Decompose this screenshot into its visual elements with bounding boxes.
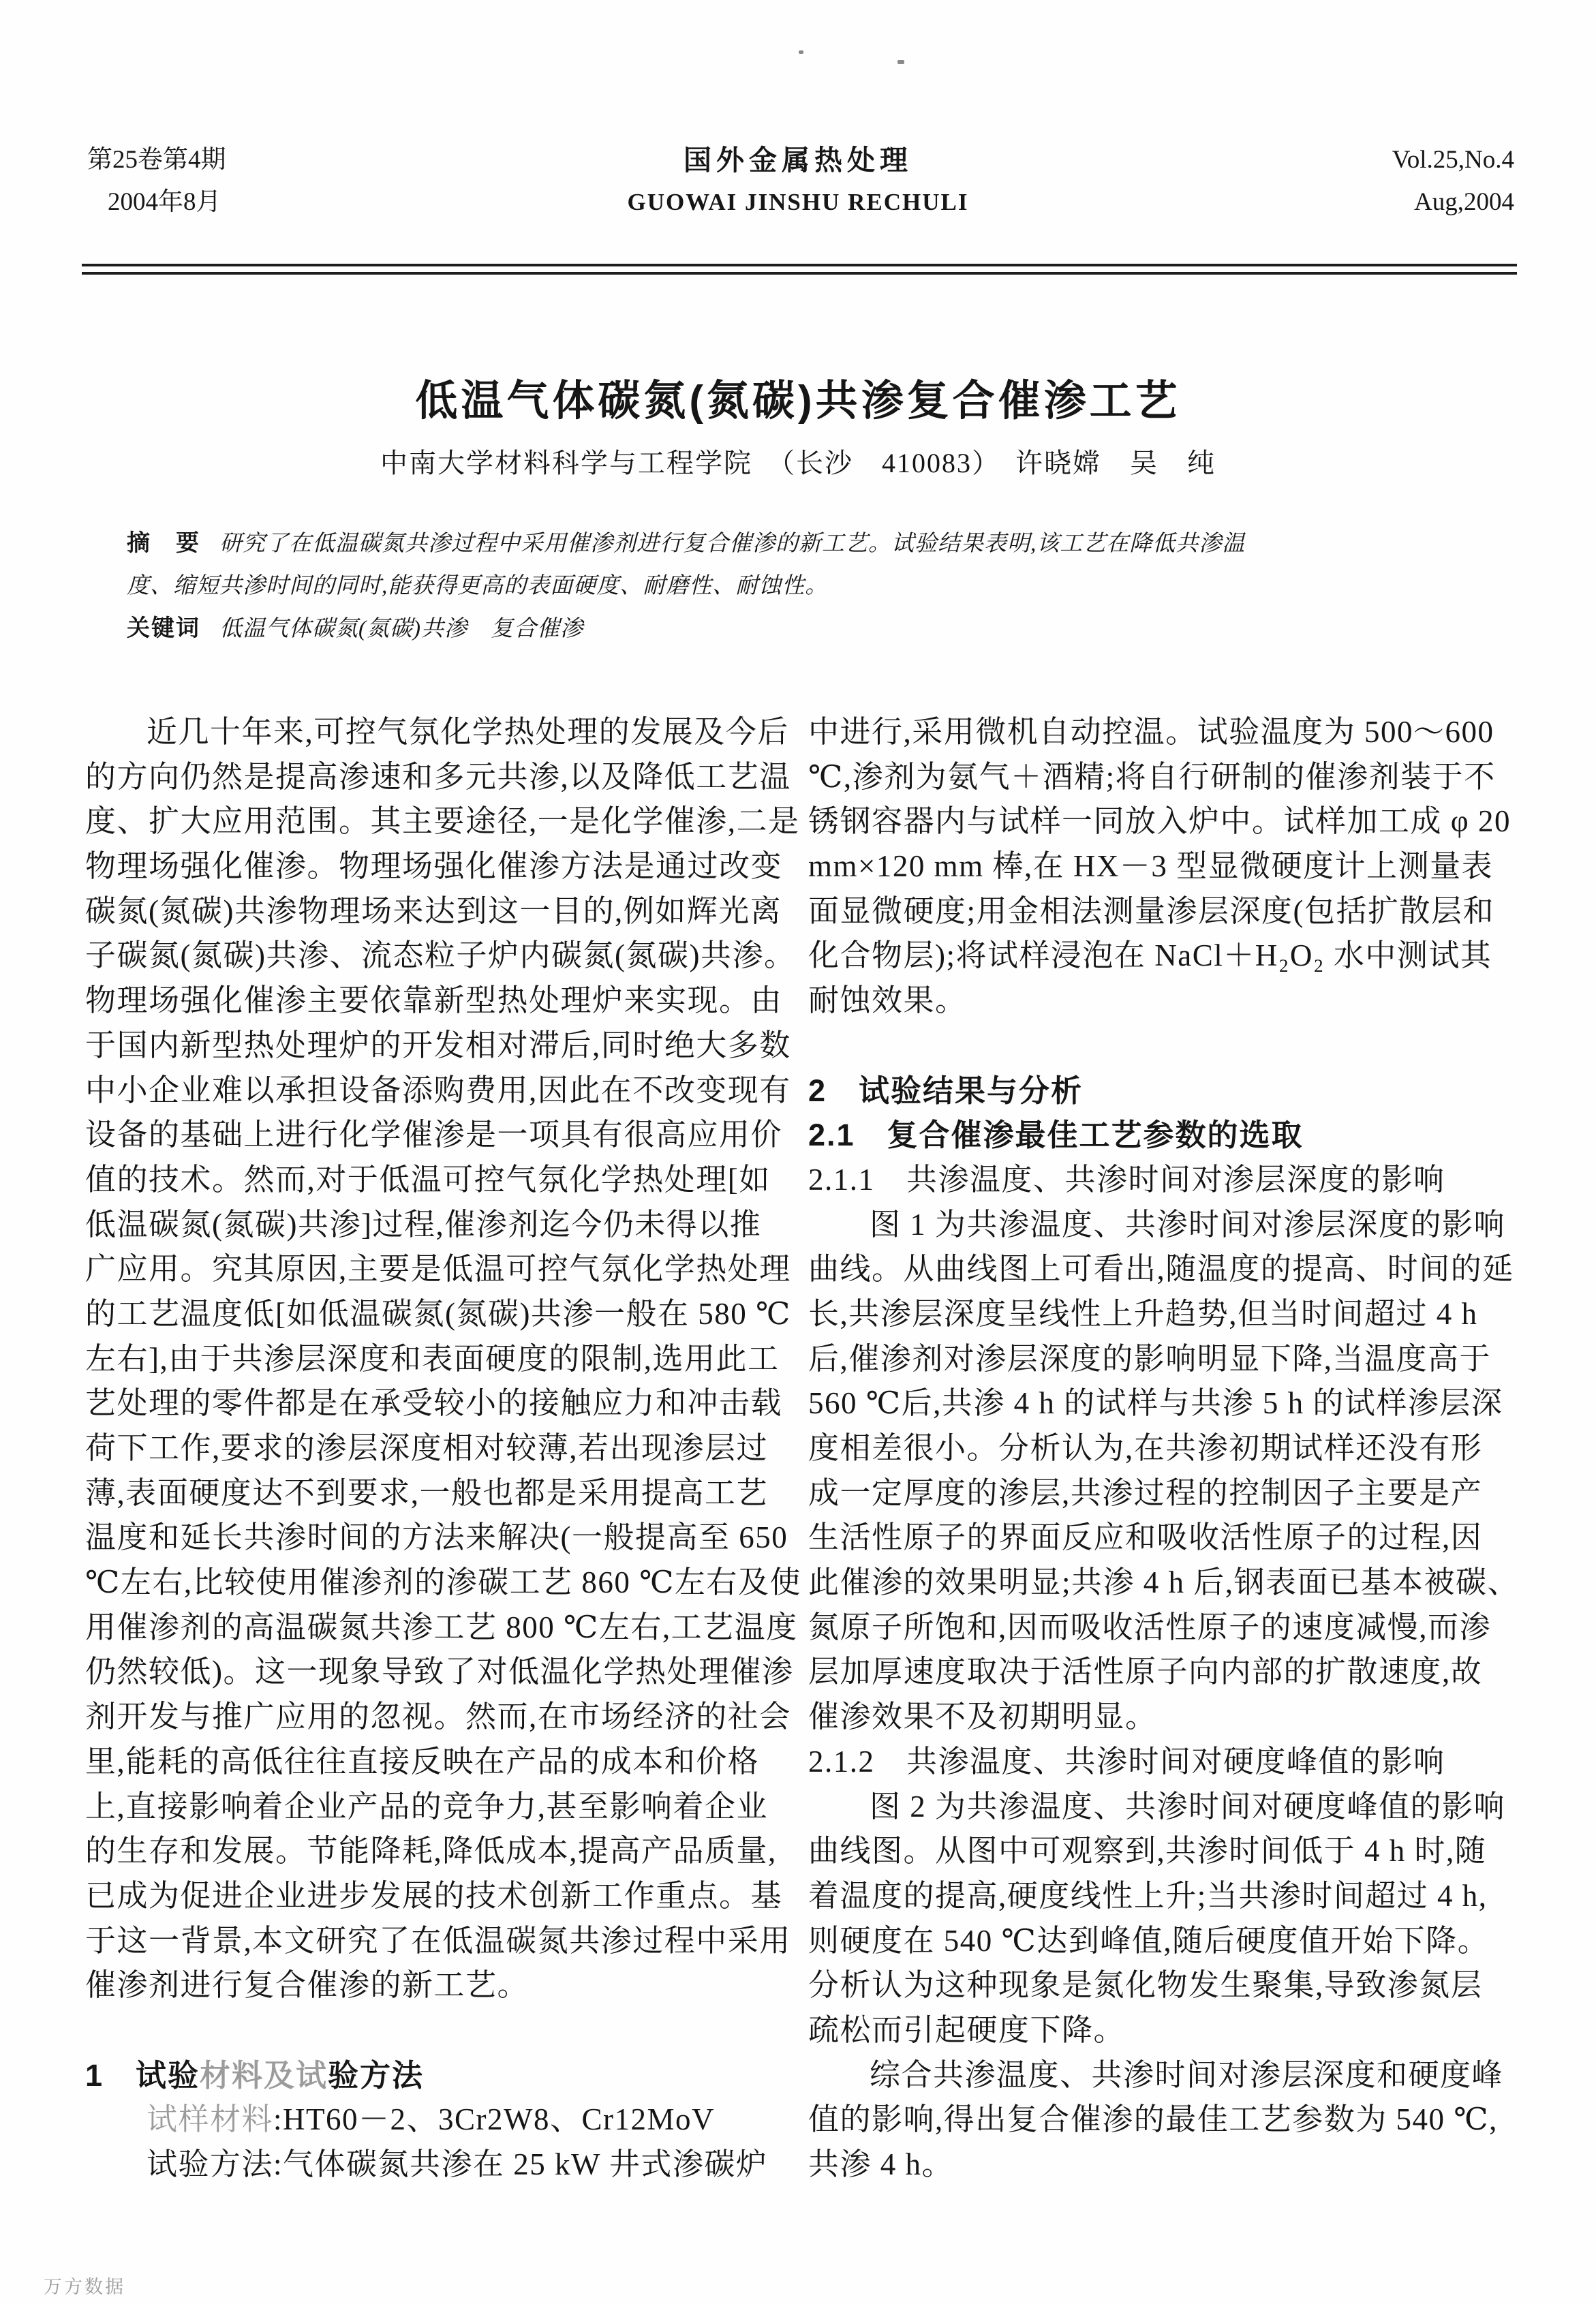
text-line: 度相差很小。分析认为,在共渗初期试样还没有形 — [808, 1426, 1520, 1471]
article-title: 低温气体碳氮(氮碳)共渗复合催渗工艺 — [0, 367, 1596, 427]
text-line: 近几十年来,可控气氛化学热处理的发展及今后 — [85, 710, 794, 755]
text-segment: 1 试验 — [85, 2058, 200, 2093]
keywords-label: 关键词 — [127, 615, 200, 641]
text-line: 广应用。究其原因,主要是低温可控气氛化学热处理 — [85, 1247, 794, 1292]
keywords-line: 关键词低温气体碳氮(氮碳)共渗 复合催渗 — [127, 607, 1490, 650]
text-line: 则硬度在 540 ℃达到峰值,随后硬度值开始下降。 — [808, 1919, 1520, 1964]
scan-speck — [897, 60, 904, 64]
text-line: 生活性原子的界面反应和吸收活性原子的过程,因 — [808, 1516, 1520, 1561]
text-line: 着温度的提高,硬度线性上升;当共渗时间超过 4 h, — [808, 1874, 1520, 1919]
text-line: 耐蚀效果。 — [808, 979, 1520, 1024]
watermark-washed-text: 试样材料 — [147, 2102, 273, 2136]
scan-speck — [799, 50, 803, 54]
text-line: 560 ℃后,共渗 4 h 的试样与共渗 5 h 的试样渗层深 — [808, 1381, 1520, 1426]
watermark-washed-text: 材料及试 — [200, 2058, 328, 2093]
text-line: 曲线图。从图中可观察到,共渗时间低于 4 h 时,随 — [808, 1829, 1520, 1874]
text-line: 试验方法:气体碳氮共渗在 25 kW 井式渗碳炉 — [85, 2142, 794, 2187]
text-line: 仍然较低)。这一现象导致了对低温化学热处理催渗 — [85, 1650, 794, 1695]
text-line: 于这一背景,本文研究了在低温碳氮共渗过程中采用 — [85, 1919, 794, 1964]
body-column-right: 中进行,采用微机自动控温。试验温度为 500～600℃,渗剂为氨气＋酒精;将自行… — [808, 710, 1520, 2187]
text-line: 物理场强化催渗主要依靠新型热处理炉来实现。由 — [85, 979, 794, 1024]
journal-name-cn: 国外金属热处理 — [0, 139, 1596, 181]
header-volume-en: Vol.25,No.4 Aug,2004 — [1392, 139, 1514, 224]
text-line: 上,直接影响着企业产品的竞争力,甚至影响着企业 — [85, 1785, 794, 1830]
header-rule-top — [82, 264, 1517, 266]
text-line: 子碳氮(氮碳)共渗、流态粒子炉内碳氮(氮碳)共渗。 — [85, 934, 794, 979]
text-line: 化合物层);将试样浸泡在 NaCl＋H₂O₂ 水中测试其 — [808, 934, 1520, 979]
text-line — [808, 1024, 1520, 1069]
text-line: 于国内新型热处理炉的开发相对滞后,同时绝大多数 — [85, 1024, 794, 1069]
section-heading-line: 2 试验结果与分析 — [808, 1069, 1520, 1113]
text-line: 试样材料:HT60－2、3Cr2W8、Cr12MoV — [85, 2098, 794, 2142]
keywords-text: 低温气体碳氮(氮碳)共渗 复合催渗 — [219, 617, 583, 641]
text-line: 碳氮(氮碳)共渗物理场来达到这一目的,例如辉光离 — [85, 889, 794, 934]
text-line: 中进行,采用微机自动控温。试验温度为 500～600 — [808, 710, 1520, 755]
text-line: 低温碳氮(氮碳)共渗]过程,催渗剂迄今仍未得以推 — [85, 1203, 794, 1248]
abstract-line-2: 度、缩短共渗时间的同时,能获得更高的表面硬度、耐磨性、耐蚀性。 — [127, 565, 1490, 607]
journal-name-pinyin: GUOWAI JINSHU RECHULI — [0, 181, 1596, 224]
abstract-text-1: 研究了在低温碳氮共渗过程中采用催渗剂进行复合催渗的新工艺。试验结果表明,该工艺在… — [219, 532, 1245, 556]
text-line: 艺处理的零件都是在承受较小的接触应力和冲击载 — [85, 1381, 794, 1426]
text-line: 图 2 为共渗温度、共渗时间对硬度峰值的影响 — [808, 1785, 1520, 1830]
section-heading-line: 2.1 复合催渗最佳工艺参数的选取 — [808, 1113, 1520, 1158]
text-line: 剂开发与推广应用的忽视。然而,在市场经济的社会 — [85, 1695, 794, 1740]
text-segment: 验方法 — [328, 2058, 424, 2093]
header-journal-name: 国外金属热处理 GUOWAI JINSHU RECHULI — [0, 139, 1596, 224]
text-line: 后,催渗剂对渗层深度的影响明显下降,当温度高于 — [808, 1337, 1520, 1382]
text-line: 2.1.1 共渗温度、共渗时间对渗层深度的影响 — [808, 1158, 1520, 1203]
text-line: 此催渗的效果明显;共渗 4 h 后,钢表面已基本被碳、 — [808, 1561, 1520, 1606]
text-line: ℃,渗剂为氨气＋酒精;将自行研制的催渗剂装于不 — [808, 755, 1520, 800]
text-line: 设备的基础上进行化学催渗是一项具有很高应用价 — [85, 1113, 794, 1158]
date-en: Aug,2004 — [1392, 181, 1514, 224]
header-rule-bottom — [82, 272, 1517, 275]
text-line: 曲线。从曲线图上可看出,随温度的提高、时间的延 — [808, 1247, 1520, 1292]
text-line: 图 1 为共渗温度、共渗时间对渗层深度的影响 — [808, 1203, 1520, 1248]
text-segment: :HT60－2、3Cr2W8、Cr12MoV — [273, 2102, 715, 2136]
text-line: 的生存和发展。节能降耗,降低成本,提高产品质量, — [85, 1829, 794, 1874]
text-line: 值的技术。然而,对于低温可控气氛化学热处理[如 — [85, 1158, 794, 1203]
text-line: 2.1.2 共渗温度、共渗时间对硬度峰值的影响 — [808, 1740, 1520, 1785]
text-line: ℃左右,比较使用催渗剂的渗碳工艺 860 ℃左右及使 — [85, 1561, 794, 1606]
section-heading-line: 1 试验材料及试验方法 — [85, 2053, 794, 2098]
text-line: 物理场强化催渗。物理场强化催渗方法是通过改变 — [85, 844, 794, 889]
text-line: 值的影响,得出复合催渗的最佳工艺参数为 540 ℃, — [808, 2098, 1520, 2142]
text-line: 成一定厚度的渗层,共渗过程的控制因子主要是产 — [808, 1471, 1520, 1516]
text-line: 左右],由于共渗层深度和表面硬度的限制,选用此工 — [85, 1337, 794, 1382]
text-line: 荷下工作,要求的渗层深度相对较薄,若出现渗层过 — [85, 1426, 794, 1471]
abstract-line-1: 摘 要研究了在低温碳氮共渗过程中采用催渗剂进行复合催渗的新工艺。试验结果表明,该… — [127, 522, 1490, 565]
text-line: 度、扩大应用范围。其主要途径,一是化学催渗,二是 — [85, 799, 794, 844]
volume-issue-en: Vol.25,No.4 — [1392, 139, 1514, 181]
text-line: 疏松而引起硬度下降。 — [808, 2008, 1520, 2053]
text-line: 催渗剂进行复合催渗的新工艺。 — [85, 1963, 794, 2008]
text-line: 的方向仍然是提高渗速和多元共渗,以及降低工艺温 — [85, 755, 794, 800]
authors-affiliation: 中南大学材料科学与工程学院 （长沙 410083） 许晓嫦 吴 纯 — [0, 442, 1596, 480]
text-line: 中小企业难以承担设备添购费用,因此在不改变现有 — [85, 1069, 794, 1113]
text-line: 薄,表面硬度达不到要求,一般也都是采用提高工艺 — [85, 1471, 794, 1516]
text-line: 层加厚速度取决于活性原子向内部的扩散速度,故 — [808, 1650, 1520, 1695]
text-line: 氮原子所饱和,因而吸收活性原子的速度减慢,而渗 — [808, 1606, 1520, 1650]
text-line: 锈钢容器内与试样一同放入炉中。试样加工成 φ 20 — [808, 799, 1520, 844]
text-line: 用催渗剂的高温碳氮共渗工艺 800 ℃左右,工艺温度 — [85, 1606, 794, 1650]
text-line: 共渗 4 h。 — [808, 2142, 1520, 2187]
text-line: 长,共渗层深度呈线性上升趋势,但当时间超过 4 h — [808, 1292, 1520, 1337]
text-line: mm×120 mm 棒,在 HX－3 型显微硬度计上测量表 — [808, 844, 1520, 889]
text-line: 已成为促进企业进步发展的技术创新工作重点。基 — [85, 1874, 794, 1919]
text-line: 催渗效果不及初期明显。 — [808, 1695, 1520, 1740]
wanfang-watermark: 万方数据 — [44, 2272, 125, 2299]
text-line: 分析认为这种现象是氮化物发生聚集,导致渗氮层 — [808, 1963, 1520, 2008]
text-line: 的工艺温度低[如低温碳氮(氮碳)共渗一般在 580 ℃ — [85, 1292, 794, 1337]
text-line: 综合共渗温度、共渗时间对渗层深度和硬度峰 — [808, 2053, 1520, 2098]
abstract-label: 摘 要 — [127, 530, 200, 556]
text-line: 温度和延长共渗时间的方法来解决(一般提高至 650 — [85, 1516, 794, 1561]
text-line — [85, 2008, 794, 2053]
text-line: 面显微硬度;用金相法测量渗层深度(包括扩散层和 — [808, 889, 1520, 934]
body-column-left: 近几十年来,可控气氛化学热处理的发展及今后的方向仍然是提高渗速和多元共渗,以及降… — [85, 710, 794, 2187]
journal-page: 第25卷第4期 2004年8月 国外金属热处理 GUOWAI JINSHU RE… — [0, 0, 1596, 2304]
text-line: 里,能耗的高低往往直接反映在产品的成本和价格 — [85, 1740, 794, 1785]
abstract-block: 摘 要研究了在低温碳氮共渗过程中采用催渗剂进行复合催渗的新工艺。试验结果表明,该… — [127, 522, 1490, 650]
